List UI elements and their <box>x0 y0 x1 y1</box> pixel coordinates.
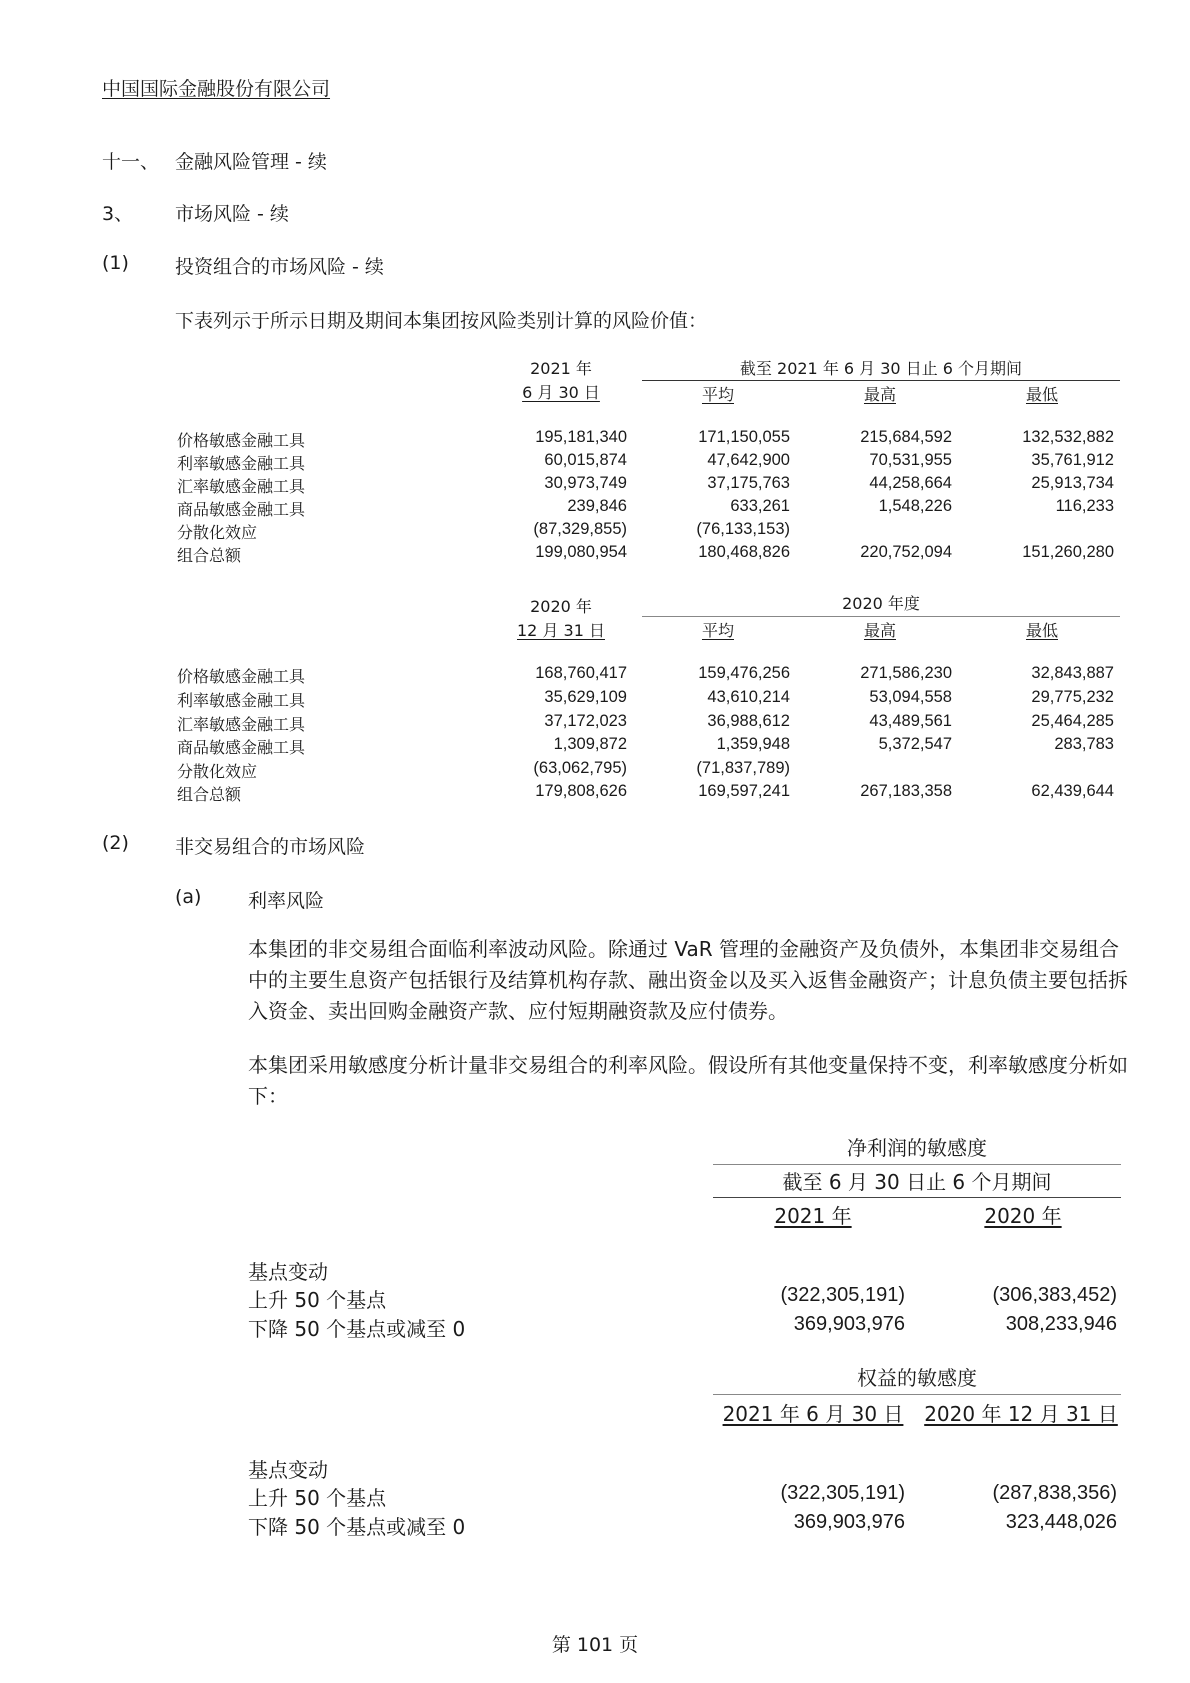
group-header-rule <box>642 380 1120 381</box>
col-header-avg: 平均 <box>638 618 798 641</box>
col-header-avg: 平均 <box>638 382 798 405</box>
heading-num-11: 十一、 <box>102 147 159 174</box>
basis-point-label: 基点变动 <box>248 1454 328 1483</box>
col-header-low: 最低 <box>962 618 1122 641</box>
heading-financial-risk: 金融风险管理 - 续 <box>175 147 327 174</box>
col-header-2021: 2021 年 <box>710 1200 916 1229</box>
heading-num-3: 3、 <box>102 199 133 226</box>
heading-num-1: (1) <box>102 252 129 274</box>
paragraph-interest-rate-risk: 本集团的非交易组合面临利率波动风险。除通过 VaR 管理的金融资产及负债外，本集… <box>248 934 1128 1027</box>
table-title: 权益的敏感度 <box>713 1362 1121 1391</box>
period-header: 截至 6 月 30 日止 6 个月期间 <box>713 1166 1121 1195</box>
col-header-high: 最高 <box>800 382 960 405</box>
page-number: 第 101 页 <box>0 1630 1190 1657</box>
heading-portfolio-market-risk: 投资组合的市场风险 - 续 <box>175 252 384 279</box>
company-name: 中国国际金融股份有限公司 <box>102 74 330 101</box>
title-rule <box>713 1394 1121 1395</box>
col0-header-date: 12 月 31 日 <box>481 618 641 641</box>
group-header: 截至 2021 年 6 月 30 日止 6 个月期间 <box>642 356 1120 379</box>
col0-header-date: 6 月 30 日 <box>481 380 641 403</box>
group-header: 2020 年度 <box>642 591 1120 614</box>
col-header-2020: 2020 年 <box>920 1200 1126 1229</box>
section-2a-title: 利率风险 <box>248 886 324 913</box>
intro-text: 下表列示于所示日期及期间本集团按风险类别计算的风险价值： <box>175 306 707 333</box>
section-2-num: (2) <box>102 832 129 854</box>
title-rule <box>713 1164 1121 1165</box>
paragraph-sensitivity-intro: 本集团采用敏感度分析计量非交易组合的利率风险。假设所有其他变量保持不变，利率敏感… <box>248 1050 1128 1112</box>
col-header-high: 最高 <box>800 618 960 641</box>
heading-market-risk: 市场风险 - 续 <box>175 199 289 226</box>
col-header-2021-06-30: 2021 年 6 月 30 日 <box>710 1398 916 1427</box>
group-header-rule <box>642 616 1120 617</box>
col0-header-year: 2020 年 <box>481 594 641 617</box>
table-title: 净利润的敏感度 <box>713 1132 1121 1161</box>
col-header-low: 最低 <box>962 382 1122 405</box>
period-rule <box>713 1197 1121 1198</box>
basis-point-label: 基点变动 <box>248 1256 328 1285</box>
section-2a-num: (a) <box>175 886 201 908</box>
col-header-2020-12-31: 2020 年 12 月 31 日 <box>918 1398 1124 1427</box>
col0-header-year: 2021 年 <box>481 356 641 379</box>
section-2-title: 非交易组合的市场风险 <box>175 832 365 859</box>
